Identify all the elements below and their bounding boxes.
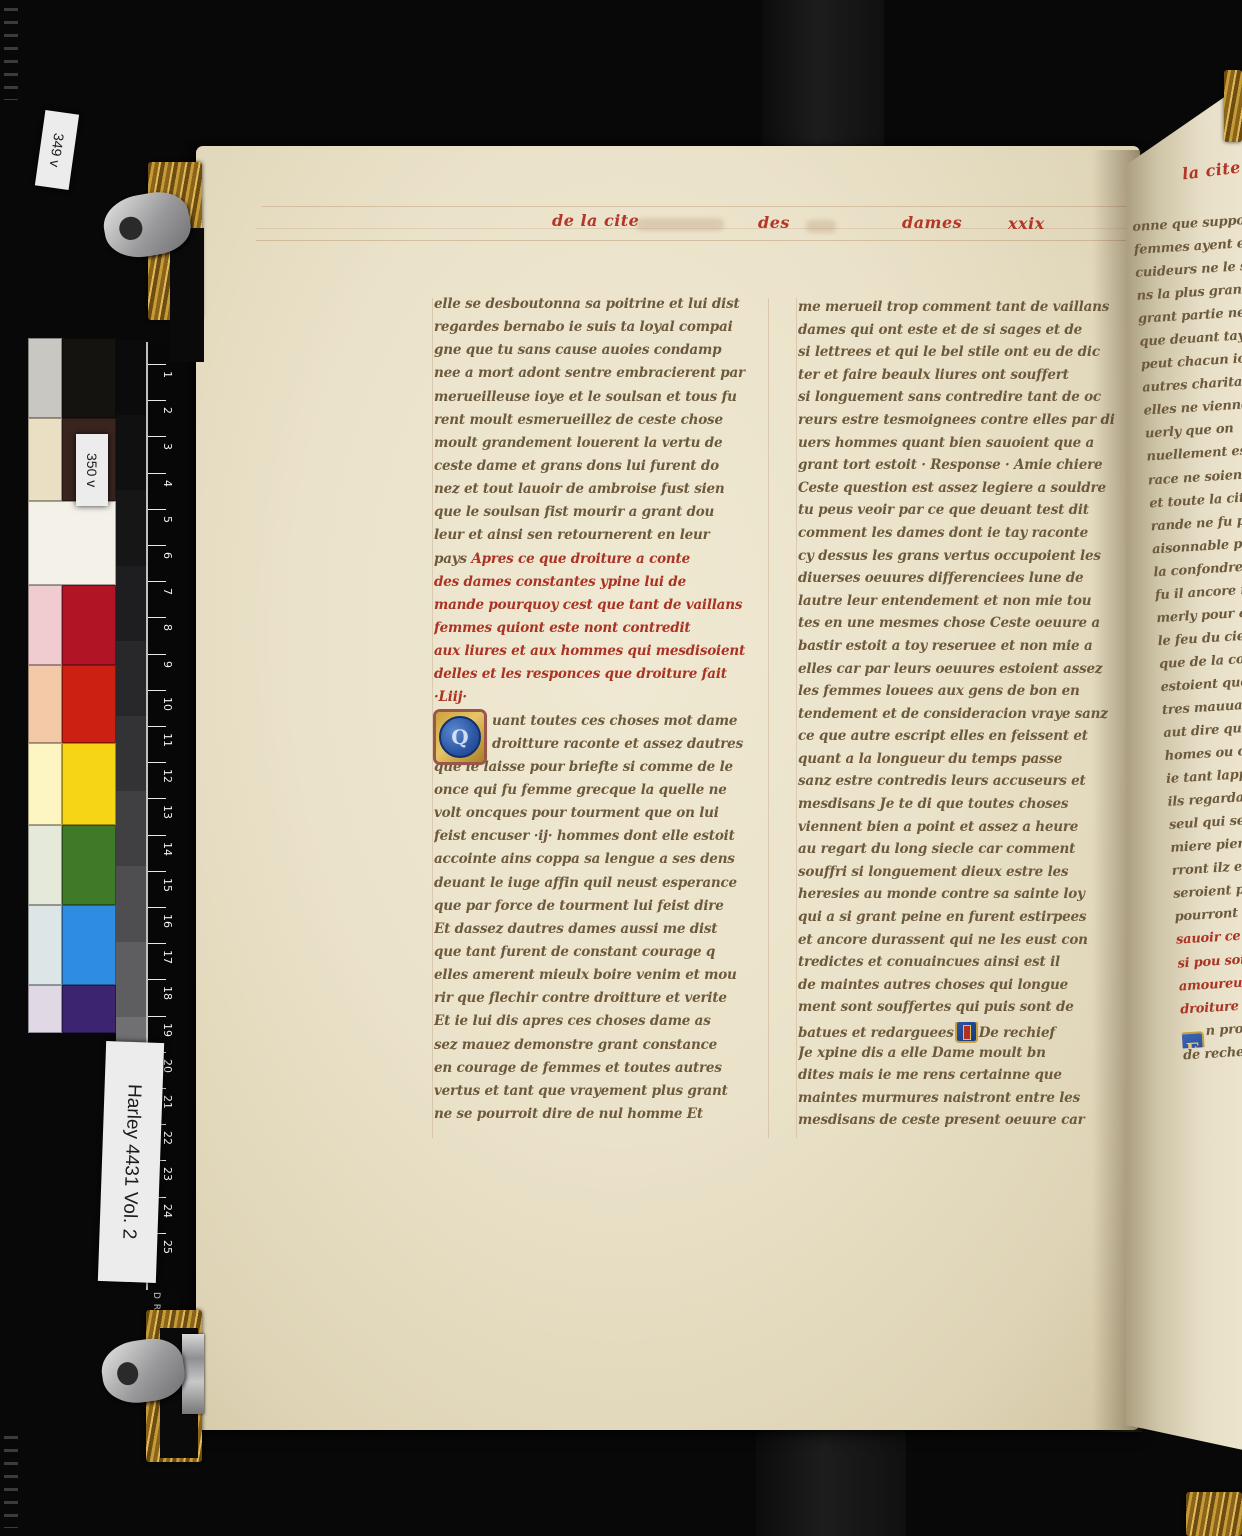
color-chart-row [28,585,116,665]
gray-step [116,566,148,641]
text-line: sez mauez demonstre grant constance [434,1037,772,1060]
ruler-number: 17 [161,950,174,964]
text-line: heresies au monde contre sa sainte loy [798,886,1136,909]
text-line: regardes bernabo ie suis ta loyal compai [434,319,772,342]
text-line: nee a mort adont sentre embracierent par [434,365,772,388]
text-line: reurs estre tesmoignees contre elles par… [798,412,1136,435]
ruler-number: 21 [161,1095,174,1109]
ink-text: Et dassez dautres dames aussi me dist [434,921,717,937]
ink-text: De rechief [979,1025,1055,1041]
ruler-cm-cell: 14 [148,835,182,871]
folio-label-349v: 349 v [35,110,79,190]
ink-text: rir que flechir contre droitture et veri… [434,990,727,1006]
ink-text: onne que suppose que [1132,213,1242,235]
ink-text: ceste dame et grans dons lui furent do [434,458,719,474]
color-chart-row [28,501,116,585]
ruler-number: 14 [161,842,174,856]
color-swatch [28,905,62,985]
text-line: ne se pourroit dire de nul homme Et [434,1106,772,1129]
ink-text: et ancore durassent qui ne les eust con [798,932,1088,948]
text-line: au regart du long siecle car comment [798,841,1136,864]
text-line: volt oncques pour tourment que on lui [434,805,772,828]
ink-text: elles amerent mieulx boire venim et mou [434,967,737,983]
ruling-line-vertical [796,298,797,1138]
ruler-number: 10 [161,697,174,711]
text-line: si longuement sans contredire tant de oc [798,389,1136,412]
ruler-number: 2 [161,407,174,414]
ink-text: droitture raconte et assez dautres [492,736,743,752]
champ-initial-mark [957,1022,976,1041]
color-chart-row [28,338,116,418]
ink-text: les femmes louees aux gens de bon en [798,683,1080,699]
ruler-cm-cell: 8 [148,617,182,653]
text-line: elles amerent mieulx boire venim et mou [434,967,772,990]
text-line: nez et tout lauoir de ambroise fust sien [434,481,772,504]
rubric-text: mande pourquoy cest que tant de vaillans [434,597,742,613]
ink-text: vertus et tant que vrayement plus grant [434,1083,728,1099]
ruling-line [256,240,1132,241]
ruler-number: 8 [161,624,174,631]
ink-text: tes en une mesmes chose Ceste oeuure a [798,615,1100,631]
ruler-number: 5 [161,516,174,523]
color-swatch [28,418,62,501]
text-line: et ancore durassent qui ne les eust con [798,932,1136,955]
ink-text: Et ie lui dis apres ces choses dame as [434,1013,711,1029]
ink-text: volt oncques pour tourment que on lui [434,805,719,821]
gray-step [116,340,148,415]
text-line: rir que flechir contre droitture et veri… [434,990,772,1013]
text-line: ce que autre escript elles en feissent e… [798,728,1136,751]
ruler-cm-cell: 17 [148,943,182,979]
ink-text: nez et tout lauoir de ambroise fust sien [434,481,725,497]
ink-text: sanz estre contredis leurs accuseurs et [798,773,1086,789]
ink-text: mesdisans Je te di que toutes choses [798,796,1068,812]
text-line: leur et ainsi sen retournerent en leur [434,527,772,550]
ruler-cm-cell: 3 [148,436,182,472]
rubric-text: ·Liij· [434,689,467,705]
text-line: feist encuser ·ij· hommes dont elle esto… [434,828,772,851]
text-line: droitture raconte et assez dautres [434,736,772,759]
ink-text: mesdisans de ceste present oeuure car [798,1112,1085,1128]
ink-text: pourront [1174,906,1242,925]
metal-bar-bottom-left [182,1334,204,1414]
text-line: once qui fu femme grecque la quelle ne [434,782,772,805]
text-line: souffri si longuement dieux estre les [798,864,1136,887]
ruler-number: 9 [161,661,174,668]
gray-step [116,791,148,866]
color-chart-row [28,985,116,1033]
rubric-text: des dames constantes ypine lui de [434,574,686,590]
text-line: ceste dame et grans dons lui furent do [434,458,772,481]
erased-text-smudge [806,220,836,233]
gray-step [116,415,148,490]
text-line: elle se desboutonna sa poitrine et lui d… [434,296,772,319]
initial-roundel: Q [439,716,481,758]
ruling-line-vertical [432,298,433,1138]
text-line: que tant furent de constant courage q [434,944,772,967]
ink-text: bastir estoit a toy reseruee et non mie … [798,638,1093,654]
text-line: Et ie lui dis apres ces choses dame as [434,1013,772,1036]
running-header-des: des [758,213,790,232]
text-line: grant tort estoit · Response · Amie chie… [798,457,1136,480]
ink-text: en courage de femmes et toutes autres [434,1060,722,1076]
manuscript-photo-stage: { "labels": { "folio_prev": "349 v", "fo… [0,0,1242,1536]
text-line: Ceste question est assez legiere a sould… [798,480,1136,503]
text-line: viennent bien a point et assez a heure [798,819,1136,842]
ruler-cm-cell: 18 [148,979,182,1015]
text-line: quant a la longueur du temps passe [798,751,1136,774]
text-line: que ie laisse pour briefte si comme de l… [434,759,772,782]
text-line: Et dassez dautres dames aussi me dist [434,921,772,944]
ruler-number: 23 [161,1167,174,1181]
ink-text: Ceste question est assez legiere a sould… [798,480,1106,496]
illuminated-initial-q: Q [436,712,484,762]
color-swatch [62,905,116,985]
text-line: tu peus veoir par ce que deuant test dit [798,502,1136,525]
text-line: aux liures et aux hommes qui mesdisoient [434,643,772,666]
color-swatch [62,985,116,1033]
ink-text: tredictes et conuaincues ainsi est il [798,954,1060,970]
ruler-number: 4 [161,480,174,487]
ruler-cm-cell: 4 [148,473,182,509]
gray-step [116,490,148,565]
ink-text: deuant le iuge affin quil neust esperanc… [434,875,737,891]
ink-text: comment les dames dont ie tay raconte [798,525,1088,541]
ruler-cm-cell: 10 [148,690,182,726]
color-swatch [62,338,116,418]
ruler-number: 19 [161,1023,174,1037]
ruler-number: 15 [161,878,174,892]
ruler-number: 1 [161,371,174,378]
text-line: gne que tu sans cause auoies condamp [434,342,772,365]
ink-text: cy dessus les grans vertus occupoient le… [798,548,1101,564]
ink-text: dames qui ont este et de si sages et de [798,322,1082,338]
ink-text: accointe ains coppa sa lengue a ses dens [434,851,735,867]
text-line: uant toutes ces choses mot dame [434,713,772,736]
color-swatch [28,985,62,1033]
text-line: que le soulsan fist mourir a grant dou [434,504,772,527]
ink-text: viennent bien a point et assez a heure [798,819,1078,835]
text-line: des dames constantes ypine lui de [434,574,772,597]
color-chart-row [28,825,116,905]
ruler-cm-cell: 2 [148,400,182,436]
text-line: mesdisans Je te di que toutes choses [798,796,1136,819]
ink-text: me merueil trop comment tant de vaillans [798,299,1109,315]
text-line: tes en une mesmes chose Ceste oeuure a [798,615,1136,638]
text-line: dames qui ont este et de si sages et de [798,322,1136,345]
ink-text: ter et faire beaulx liures ont souffert [798,367,1069,383]
ink-text: maintes murmures naistront entre les [798,1090,1080,1106]
folio-label-350v: 350 v [76,434,108,506]
gray-step [116,942,148,1017]
ink-text: merueilleuse ioye et le soulsan et tous … [434,389,737,405]
text-line: si lettrees et qui le bel stile ont eu d… [798,344,1136,367]
text-line: mesdisans de ceste present oeuure car [798,1112,1136,1135]
ink-text: que par force de tourment lui feist dire [434,898,724,914]
gilt-corner-fitting-bottom-right [1186,1492,1242,1536]
running-header-de-la-cite: de la cite [552,211,639,230]
text-line: en courage de femmes et toutes autres [434,1060,772,1083]
color-swatch [62,743,116,825]
ink-text: uant toutes ces choses mot dame [492,713,737,729]
color-chart-row [28,665,116,743]
text-line: vertus et tant que vrayement plus grant [434,1083,772,1106]
color-chart-row [28,743,116,825]
ruler-number: 24 [161,1204,174,1218]
text-line: pays Apres ce que droiture a conte [434,551,772,574]
color-swatch [62,585,116,665]
text-line: uers hommes quant bien sauoient que a [798,435,1136,458]
ruler-cm-cell: 6 [148,545,182,581]
color-swatch [28,338,62,418]
ink-text: qui a si grant peine en furent estirpees [798,909,1086,925]
ruler-cm-cell: 5 [148,509,182,545]
ruler-cm-cell: 1 [148,364,182,400]
text-line: ter et faire beaulx liures ont souffert [798,367,1136,390]
text-line: cy dessus les grans vertus occupoient le… [798,548,1136,571]
ruler-number: 3 [161,443,174,450]
ruler-cm-cell: 13 [148,798,182,834]
text-line: moult grandement louerent la vertu de [434,435,772,458]
text-line: dites mais ie me rens certainne que [798,1067,1136,1090]
text-line: deuant le iuge affin quil neust esperanc… [434,875,772,898]
text-line: qui a si grant peine en furent estirpees [798,909,1136,932]
erased-text-smudge [636,218,724,231]
ink-text: reurs estre tesmoignees contre elles par… [798,412,1115,428]
ink-text: diuerses oeuures differenciees lune de [798,570,1083,586]
gilt-edge-top-right [1224,70,1242,142]
text-line: merueilleuse ioye et le soulsan et tous … [434,389,772,412]
ruler-number: 16 [161,914,174,928]
text-line: ·Liij· [434,689,772,712]
color-swatch [28,825,62,905]
ink-text: sez mauez demonstre grant constance [434,1037,717,1053]
ink-text: si longuement sans contredire tant de oc [798,389,1101,405]
text-column-1: elle se desboutonna sa poitrine et lui d… [434,296,772,1129]
ink-text: grant tort estoit · Response · Amie chie… [798,457,1102,473]
ruler-cm-cell: 9 [148,654,182,690]
rubric-text: delles et les responces que droiture fai… [434,666,727,682]
text-line: de maintes autres choses qui longue [798,977,1136,1000]
text-line: maintes murmures naistront entre les [798,1090,1136,1113]
text-line: femmes quiont este nont contredit [434,620,772,643]
ink-text: batues et redarguees [798,1025,954,1041]
ink-text: leur et ainsi sen retournerent en leur [434,527,710,543]
text-line: les femmes louees aux gens de bon en [798,683,1136,706]
text-line: mande pourquoy cest que tant de vaillans [434,597,772,620]
shelfmark-label-harley: Harley 4431 Vol. 2 [98,1041,164,1283]
gray-step [116,866,148,941]
ink-text: quant a la longueur du temps passe [798,751,1062,767]
color-swatch [28,743,62,825]
ink-text: tu peus veoir par ce que deuant test dit [798,502,1089,518]
color-swatch [28,501,116,585]
small-initial: E [1182,1033,1204,1048]
rubric-text: femmes quiont este nont contredit [434,620,690,636]
ink-text: ne se pourroit dire de nul homme Et [434,1106,703,1122]
ruler-number: 18 [161,986,174,1000]
ink-text: elles car par leurs oeuures estoient ass… [798,661,1102,677]
ruler-number: 6 [161,552,174,559]
ink-text: souffri si longuement dieux estre les [798,864,1068,880]
ruler-cm-cell: 16 [148,907,182,943]
ruler-cm-cell: 12 [148,762,182,798]
film-edge-marks-bottom [4,1436,18,1528]
manuscript-page-recto: onne que suppose quefemmes ayent estecui… [1126,78,1242,1458]
text-line: que par force de tourment lui feist dire [434,898,772,921]
ruler-number: 25 [161,1240,174,1254]
running-header-dames: dames [902,213,962,232]
text-line: batues et redargueesDe rechief [798,1022,1136,1045]
ink-text: elle se desboutonna sa poitrine et lui d… [434,296,740,312]
ink-text: feist encuser ·ij· hommes dont elle esto… [434,828,735,844]
ink-text: ce que autre escript elles en feissent e… [798,728,1088,744]
ink-text: ment sont souffertes qui puis sont de [798,999,1074,1015]
text-line: comment les dames dont ie tay raconte [798,525,1136,548]
ink-text: que tant furent de constant courage q [434,944,715,960]
ruler-cm-cell: 15 [148,871,182,907]
ruling-line [262,206,1130,207]
ink-text: moult grandement louerent la vertu de [434,435,722,451]
text-line: diuerses oeuures differenciees lune de [798,570,1136,593]
color-swatch [28,585,62,665]
text-line: Je xpine dis a elle Dame moult bn [798,1045,1136,1068]
ink-text: heresies au monde contre sa sainte loy [798,886,1085,902]
ink-text: Je xpine dis a elle Dame moult bn [798,1045,1046,1061]
recto-text-column: onne que suppose quefemmes ayent estecui… [1132,213,1242,1071]
text-line: rent moult esmerueillez de ceste chose [434,412,772,435]
color-swatch [28,665,62,743]
ruler-number: 7 [161,588,174,595]
text-line: me merueil trop comment tant de vaillans [798,299,1136,322]
rubric-text: aux liures et aux hommes qui mesdisoient [434,643,745,659]
text-line: tredictes et conuaincues ainsi est il [798,954,1136,977]
gray-step [116,641,148,716]
ink-text: tendement et de consideracion vraye sanz [798,706,1108,722]
ink-text: gne que tu sans cause auoies condamp [434,342,721,358]
text-line: ment sont souffertes qui puis sont de [798,999,1136,1022]
ink-text: pays [434,551,471,567]
rubric-text: Apres ce que droiture a conte [471,551,690,567]
ruler-number: 13 [161,805,174,819]
ink-text: que le soulsan fist mourir a grant dou [434,504,714,520]
ruler-cm-cell: 7 [148,581,182,617]
text-line: elles car par leurs oeuures estoient ass… [798,661,1136,684]
ruler-number: 11 [161,733,174,747]
ink-text: lautre leur entendement et non mie tou [798,593,1091,609]
ruler-number: 22 [161,1131,174,1145]
color-chart-row [28,905,116,985]
running-header-chapter-numeral: xxix [1008,214,1045,233]
color-swatch [62,825,116,905]
text-line: sanz estre contredis leurs accuseurs et [798,773,1136,796]
text-column-2: me merueil trop comment tant de vaillans… [798,299,1136,1135]
text-line: delles et les responces que droiture fai… [434,666,772,689]
ink-text: si lettrees et qui le bel stile ont eu d… [798,344,1100,360]
ink-text: rent moult esmerueillez de ceste chose [434,412,723,428]
ink-text: de maintes autres choses qui longue [798,977,1068,993]
ink-text: regardes bernabo ie suis ta loyal compai [434,319,733,335]
ink-text: dites mais ie me rens certainne que [798,1067,1062,1083]
film-edge-marks-top [4,8,18,100]
text-line: lautre leur entendement et non mie tou [798,593,1136,616]
ruler-number: 12 [161,769,174,783]
ink-text: nee a mort adont sentre embracierent par [434,365,745,381]
text-line: tendement et de consideracion vraye sanz [798,706,1136,729]
ink-text: au regart du long siecle car comment [798,841,1075,857]
ink-text: uers hommes quant bien sauoient que a [798,435,1094,451]
ruler-cm-cell: 11 [148,726,182,762]
text-line: accointe ains coppa sa lengue a ses dens [434,851,772,874]
text-line: bastir estoit a toy reseruee et non mie … [798,638,1136,661]
ink-text: once qui fu femme grecque la quelle ne [434,782,727,798]
gray-step [116,716,148,791]
color-swatch [62,665,116,743]
